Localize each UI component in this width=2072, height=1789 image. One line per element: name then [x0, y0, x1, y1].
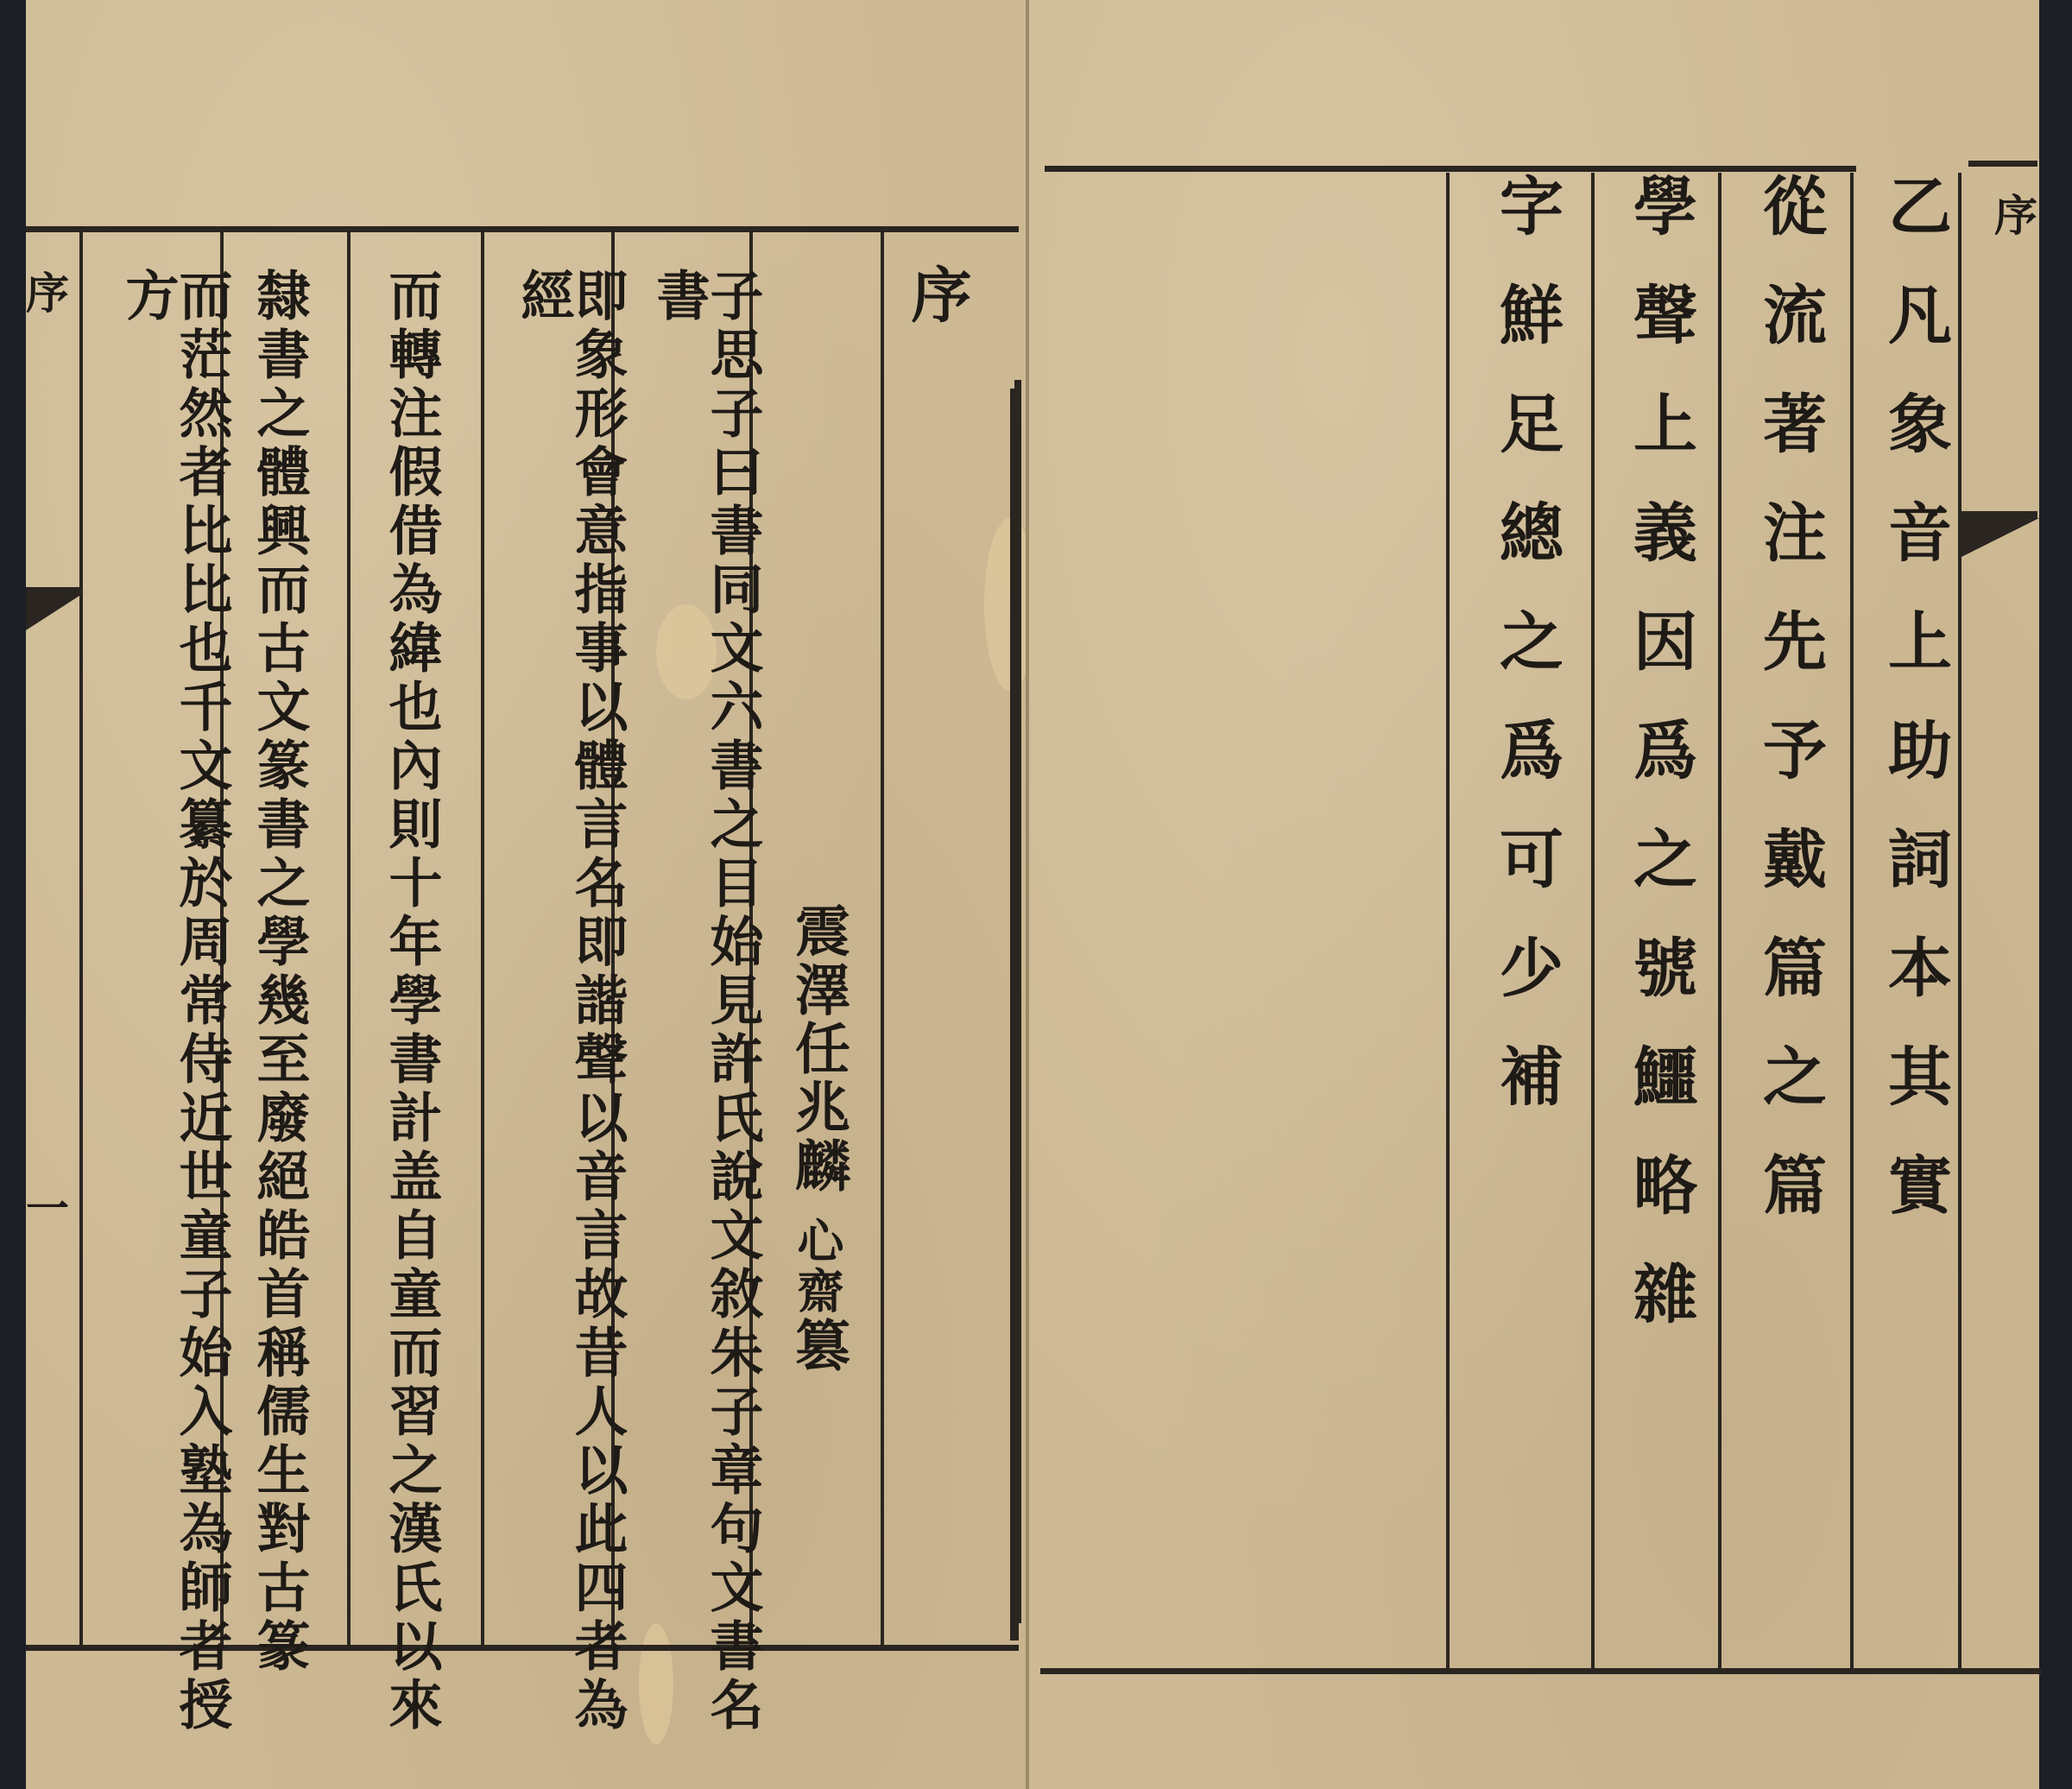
seal-column-1: 乙凡象音上助詞本其實	[1869, 173, 1961, 1261]
column-rule	[1850, 173, 1854, 1671]
fishtail-mark	[26, 587, 79, 596]
fishtail-mark	[1961, 518, 2039, 557]
column-rule	[1591, 173, 1595, 1671]
fishtail-mark	[1961, 511, 2037, 518]
folio-number: 一	[26, 1174, 69, 1236]
seal-column-2: 從流著注先予戴篇之篇	[1744, 173, 1835, 1261]
text-column-1: 子思子曰書同文六書之目始見許氏說文敘朱子章句文書名書	[652, 268, 759, 1789]
column-rule	[1718, 173, 1721, 1671]
preface-heading: 序	[906, 263, 967, 329]
column-rule	[347, 231, 351, 1647]
column-rule	[481, 231, 484, 1647]
text-column-3: 而轉注假借為緯也內則十年學書計盖自童而習之漢氏以來	[384, 268, 438, 1735]
edge-title-fragment: 序	[26, 259, 69, 321]
text-column-5: 而茫然者比比也千文纂於周常侍近世童子始入塾為師者授方	[121, 268, 228, 1789]
left-top-border	[26, 226, 1019, 232]
seal-column-3: 學聲上義因爲之號鱷略雜	[1614, 173, 1706, 1369]
seal-column-4: 字鮮足總之爲可少補	[1481, 173, 1572, 1152]
right-top-border-edge	[1968, 161, 2037, 167]
column-rule	[881, 231, 884, 1647]
text-column-4: 隸書之體興而古文篆書之學幾至廢絕皓首稱儒生對古篆	[252, 268, 306, 1677]
author-action: 篡	[786, 1317, 850, 1375]
author-attribution: 震澤任兆麟心齋篡	[790, 902, 845, 1375]
edge-title-fragment: 序	[1994, 181, 2037, 243]
author-style-name: 心齋	[790, 1217, 845, 1317]
author-place: 震澤	[786, 902, 850, 1020]
scan-background-right	[2039, 0, 2072, 1789]
fishtail-mark	[26, 596, 79, 630]
right-bottom-border	[1040, 1668, 2042, 1674]
column-rule	[1010, 389, 1019, 1640]
column-rule	[1446, 173, 1450, 1671]
right-top-border	[1045, 166, 1856, 172]
text-column-2: 即象形會意指事以體言名即諧聲以音言故昔人以此四者為經	[516, 268, 623, 1789]
author-name: 任兆麟	[786, 1020, 850, 1196]
column-rule	[79, 231, 83, 1647]
